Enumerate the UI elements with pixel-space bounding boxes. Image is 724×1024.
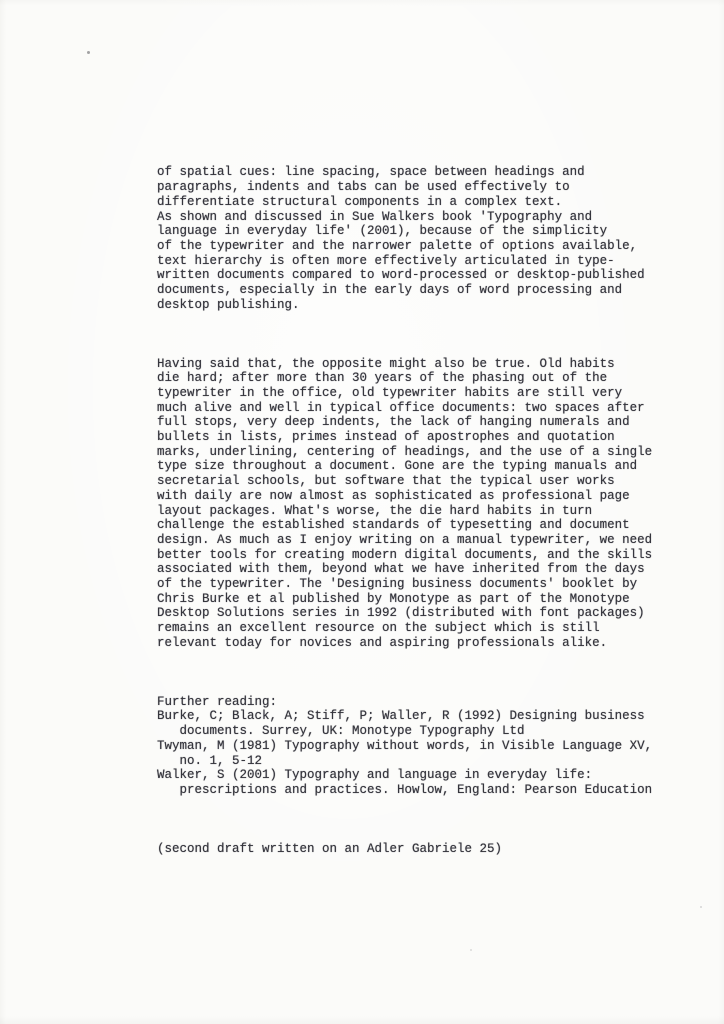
scanned-page: of spatial cues: line spacing, space bet… <box>0 0 724 1024</box>
scan-speck <box>700 906 702 908</box>
paragraph-old-habits: Having said that, the opposite might als… <box>157 357 677 651</box>
scan-speck <box>470 949 472 951</box>
typescript-text-block: of spatial cues: line spacing, space bet… <box>157 136 677 886</box>
scan-speck <box>87 51 90 54</box>
paragraph-spatial-cues: of spatial cues: line spacing, space bet… <box>157 165 677 312</box>
colophon-note: (second draft written on an Adler Gabrie… <box>157 842 677 857</box>
further-reading-list: Further reading: Burke, C; Black, A; Sti… <box>157 695 677 798</box>
